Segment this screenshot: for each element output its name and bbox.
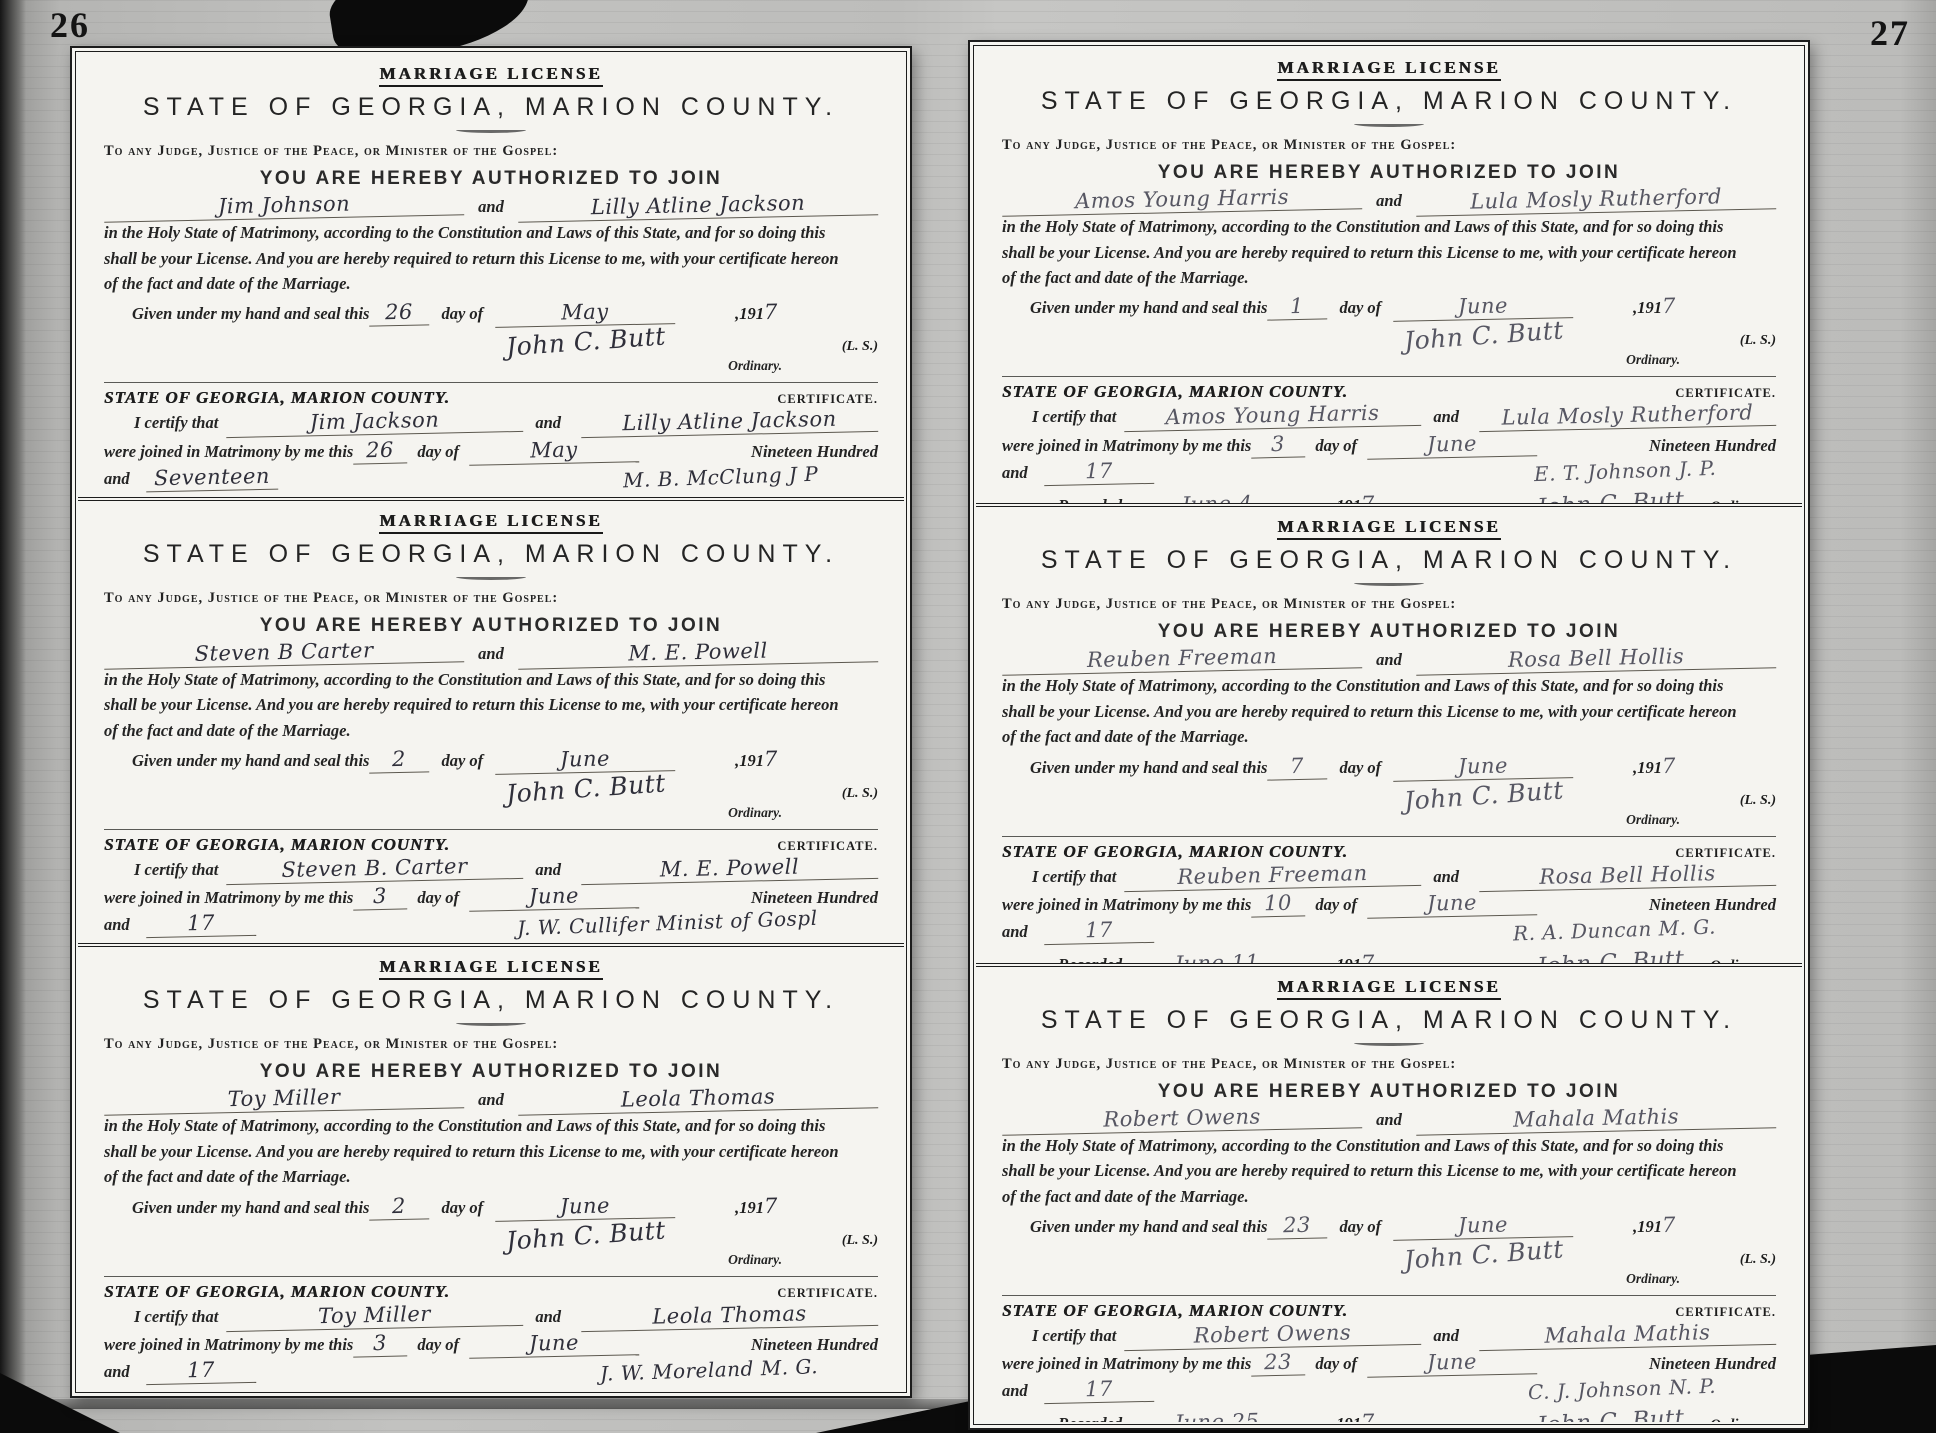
joined-in-matrimony-line: were joined in Matrimony by me this 26 d… (104, 439, 878, 464)
certify-line: I certify that Reuben Freeman and Rosa B… (1002, 864, 1776, 889)
printed-year-prefix: ,191 (735, 304, 764, 323)
year-suffix-entry: 17 (145, 911, 256, 938)
form-title: MARRIAGE LICENSE (1277, 977, 1500, 1000)
groom-name-entry: Steven B Carter (104, 637, 465, 670)
certified-bride-entry: Lula Mosly Rutherford (1479, 401, 1776, 432)
ordinary-title-label: Ordinary. (104, 1252, 878, 1268)
nineteen-hundred-label: Nineteen Hundred (751, 1335, 878, 1355)
certificate-label: CERTIFICATE. (1675, 846, 1776, 861)
certified-bride-entry: Lilly Atline Jackson (581, 407, 878, 438)
given-prefix-label: Given under my hand and seal this (132, 751, 369, 771)
parties-line: Robert Owens and Mahala Mathis (1002, 1107, 1776, 1132)
given-prefix-label: Given under my hand and seal this (132, 1198, 369, 1218)
certificate-section: STATE OF GEORGIA, MARION COUNTY. CERTIFI… (1002, 836, 1776, 963)
recorded-label: Recorded (1058, 496, 1122, 504)
parties-line: Amos Young Harris and Lula Mosly Rutherf… (1002, 188, 1776, 213)
joined-in-matrimony-line: were joined in Matrimony by me this 23 d… (1002, 1351, 1776, 1376)
joined-month-entry: May (469, 437, 639, 466)
locus-sigilli-label: (L. S.) (1740, 333, 1776, 349)
given-year-digit-entry: 7 (1662, 295, 1676, 318)
ordinary-signature-line: John C. Butt (L. S.) (104, 328, 878, 362)
certify-prefix-label: I certify that (1032, 867, 1116, 887)
bride-name-entry: M. E. Powell (518, 637, 879, 670)
recorded-line: Recorded June 11 ,1917 John C. Butt , Or… (1002, 951, 1776, 963)
page-number-26: 26 (50, 4, 90, 46)
flourish-rule (456, 127, 526, 133)
year-suffix-line: and 17 J. W. Moreland M. G. (104, 1359, 878, 1389)
bride-name-entry: Lula Mosly Rutherford (1416, 184, 1777, 217)
year-suffix-line: and 17 J. W. Cullifer Minist of Gospl (104, 912, 878, 942)
certificate-state-heading: STATE OF GEORGIA, MARION COUNTY. (104, 1282, 450, 1302)
ordinary-signature-line: John C. Butt (L. S.) (1002, 782, 1776, 816)
authorization-heading: YOU ARE HEREBY AUTHORIZED TO JOIN (1002, 162, 1776, 184)
year-suffix-entry: Seventeen (145, 464, 277, 492)
officiant-signature-entry: M. B. McClung J P (622, 462, 818, 491)
given-year-digit-entry: 7 (764, 1195, 778, 1218)
year-suffix-line: and 17 C. J. Johnson N. P. (1002, 1378, 1776, 1408)
ordinary-signature-entry: John C. Butt (1404, 1236, 1565, 1275)
recorded-label: Recorded (1058, 1414, 1122, 1422)
certificate-state-heading: STATE OF GEORGIA, MARION COUNTY. (1002, 1301, 1348, 1321)
license-body-line-2: shall be your License. And you are hereb… (104, 693, 878, 716)
joined-day-entry: 26 (353, 438, 408, 464)
joined-prefix-label: were joined in Matrimony by me this (1002, 895, 1251, 915)
certificate-label: CERTIFICATE. (1675, 386, 1776, 401)
year-suffix-line: and 17 R. A. Duncan M. G. (1002, 919, 1776, 949)
groom-name-entry: Jim Johnson (104, 190, 465, 223)
license-body-line-1: in the Holy State of Matrimony, accordin… (104, 1114, 878, 1137)
license-body-line-1: in the Holy State of Matrimony, accordin… (1002, 1134, 1776, 1157)
printed-year-prefix: ,191 (735, 751, 764, 770)
ordinary-signature-line: John C. Butt (L. S.) (104, 775, 878, 809)
certify-line: I certify that Jim Jackson and Lilly Atl… (104, 410, 878, 435)
ordinary-signature-entry: John C. Butt (506, 323, 667, 362)
joined-prefix-label: were joined in Matrimony by me this (1002, 1354, 1251, 1374)
scanned-register-spread: 26 27 MARRIAGE LICENSE STATE OF GEORGIA,… (0, 0, 1936, 1433)
given-day-entry: 1 (1267, 295, 1328, 321)
certified-bride-entry: M. E. Powell (581, 854, 878, 885)
locus-sigilli-label: (L. S.) (842, 339, 878, 355)
joined-day-entry: 3 (1251, 432, 1306, 458)
ordinary-signature-entry: John C. Butt (506, 770, 667, 809)
page-number-27: 27 (1870, 12, 1910, 54)
parties-line: Jim Johnson and Lilly Atline Jackson (104, 194, 878, 219)
officiant-signature-entry: E. T. Johnson J. P. (1533, 456, 1716, 484)
recorded-date-entry: June 11 (1132, 950, 1302, 962)
locus-sigilli-label: (L. S.) (842, 1233, 878, 1249)
certified-groom-entry: Reuben Freeman (1124, 861, 1421, 892)
joined-prefix-label: were joined in Matrimony by me this (104, 888, 353, 908)
parties-line: Toy Miller and Leola Thomas (104, 1087, 878, 1112)
joined-day-of-label: day of (417, 442, 459, 462)
joined-prefix-label: were joined in Matrimony by me this (1002, 436, 1251, 456)
certificate-and-label: and (535, 413, 561, 433)
state-county-heading: STATE OF GEORGIA, MARION COUNTY. (104, 540, 878, 569)
certified-groom-entry: Toy Miller (226, 1301, 523, 1332)
and-label: and (478, 644, 504, 664)
recorded-year-digit-entry: 7 (1361, 1411, 1375, 1422)
license-body-line-2: shall be your License. And you are hereb… (104, 1140, 878, 1163)
license-body-line-1: in the Holy State of Matrimony, accordin… (104, 668, 878, 691)
joined-day-of-label: day of (1315, 895, 1357, 915)
locus-sigilli-label: (L. S.) (1740, 1252, 1776, 1268)
joined-in-matrimony-line: were joined in Matrimony by me this 3 da… (1002, 433, 1776, 458)
recorded-year-prefix: ,191 (1332, 955, 1361, 963)
state-county-heading: STATE OF GEORGIA, MARION COUNTY. (1002, 87, 1776, 116)
given-day-entry: 2 (369, 1194, 430, 1220)
certificate-state-heading: STATE OF GEORGIA, MARION COUNTY. (104, 388, 450, 408)
year-suffix-entry: 17 (1043, 458, 1154, 485)
flourish-rule (1354, 580, 1424, 586)
certificate-state-heading: STATE OF GEORGIA, MARION COUNTY. (104, 835, 450, 855)
certificate-and-label: and (535, 1307, 561, 1327)
joined-in-matrimony-line: were joined in Matrimony by me this 3 da… (104, 885, 878, 910)
officiant-signature-entry: J. W. Moreland M. G. (600, 1355, 819, 1385)
marriage-license-form: MARRIAGE LICENSE STATE OF GEORGIA, MARIO… (976, 963, 1802, 1422)
joined-prefix-label: were joined in Matrimony by me this (104, 442, 353, 462)
certified-groom-entry: Amos Young Harris (1124, 401, 1421, 432)
authorization-heading: YOU ARE HEREBY AUTHORIZED TO JOIN (104, 168, 878, 190)
scan-artifact-left-edge (0, 0, 26, 1433)
given-day-entry: 2 (369, 747, 430, 773)
joined-day-entry: 3 (353, 1331, 408, 1357)
day-of-label: day of (441, 1198, 483, 1218)
parties-line: Reuben Freeman and Rosa Bell Hollis (1002, 647, 1776, 672)
marriage-license-form: MARRIAGE LICENSE STATE OF GEORGIA, MARIO… (78, 943, 904, 1390)
recorded-date-entry: June 4 (1132, 491, 1302, 503)
joined-month-entry: June (1367, 1349, 1537, 1378)
joined-day-entry: 3 (353, 885, 408, 911)
given-year-digit-entry: 7 (1662, 755, 1676, 778)
ordinary-signature-entry: John C. Butt (506, 1216, 667, 1255)
and-word-label: and (104, 915, 130, 935)
certificate-label: CERTIFICATE. (777, 392, 878, 407)
salutation-line: To any Judge, Justice of the Peace, or M… (104, 1036, 878, 1053)
license-body-line-3: of the fact and date of the Marriage. (1002, 266, 1776, 289)
ordinary-title-label: Ordinary. (1002, 812, 1776, 828)
certificate-and-label: and (1433, 1326, 1459, 1346)
salutation-line: To any Judge, Justice of the Peace, or M… (1002, 1056, 1776, 1073)
nineteen-hundred-label: Nineteen Hundred (1649, 895, 1776, 915)
and-word-label: and (1002, 1381, 1028, 1401)
certified-bride-entry: Mahala Mathis (1479, 1320, 1776, 1351)
certify-prefix-label: I certify that (1032, 1326, 1116, 1346)
state-county-heading: STATE OF GEORGIA, MARION COUNTY. (104, 986, 878, 1015)
authorization-heading: YOU ARE HEREBY AUTHORIZED TO JOIN (104, 615, 878, 637)
given-under-hand-line: Given under my hand and seal this 7 day … (1002, 755, 1776, 780)
given-under-hand-line: Given under my hand and seal this 23 day… (1002, 1214, 1776, 1239)
nineteen-hundred-label: Nineteen Hundred (1649, 1354, 1776, 1374)
license-body-line-1: in the Holy State of Matrimony, accordin… (1002, 215, 1776, 238)
certify-line: I certify that Toy Miller and Leola Thom… (104, 1304, 878, 1329)
nineteen-hundred-label: Nineteen Hundred (1649, 436, 1776, 456)
salutation-line: To any Judge, Justice of the Peace, or M… (104, 590, 878, 607)
license-body-line-3: of the fact and date of the Marriage. (1002, 1185, 1776, 1208)
and-label: and (478, 1090, 504, 1110)
joined-month-entry: June (1367, 431, 1537, 460)
salutation-line: To any Judge, Justice of the Peace, or M… (104, 143, 878, 160)
groom-name-entry: Robert Owens (1002, 1103, 1363, 1136)
state-county-heading: STATE OF GEORGIA, MARION COUNTY. (1002, 546, 1776, 575)
recorded-ordinary-signature-entry: John C. Butt (1536, 488, 1685, 504)
certificate-state-heading: STATE OF GEORGIA, MARION COUNTY. (1002, 842, 1348, 862)
certified-bride-entry: Leola Thomas (581, 1301, 878, 1332)
flourish-rule (1354, 121, 1424, 127)
and-label: and (1376, 1110, 1402, 1130)
ordinary-signature-line: John C. Butt (L. S.) (1002, 1241, 1776, 1275)
certified-groom-entry: Jim Jackson (226, 407, 523, 438)
printed-year-prefix: ,191 (1633, 758, 1662, 777)
recorded-year-digit-entry: 7 (1361, 492, 1375, 503)
certificate-section: STATE OF GEORGIA, MARION COUNTY. CERTIFI… (104, 1276, 878, 1390)
ordinary-signature-line: John C. Butt (L. S.) (104, 1222, 878, 1256)
flourish-rule (456, 574, 526, 580)
form-title: MARRIAGE LICENSE (379, 957, 602, 980)
groom-name-entry: Amos Young Harris (1002, 184, 1363, 217)
form-title: MARRIAGE LICENSE (1277, 58, 1500, 81)
given-prefix-label: Given under my hand and seal this (1030, 1217, 1267, 1237)
printed-year-prefix: ,191 (735, 1198, 764, 1217)
and-word-label: and (104, 1362, 130, 1382)
ordinary-title-label: Ordinary. (1002, 352, 1776, 368)
given-day-entry: 26 (369, 301, 430, 327)
certificate-section: STATE OF GEORGIA, MARION COUNTY. CERTIFI… (104, 829, 878, 943)
year-suffix-entry: 17 (1043, 1377, 1154, 1404)
given-day-entry: 23 (1267, 1213, 1328, 1239)
flourish-rule (456, 1020, 526, 1026)
certified-groom-entry: Steven B. Carter (226, 854, 523, 885)
given-year-digit-entry: 7 (764, 748, 778, 771)
authorization-heading: YOU ARE HEREBY AUTHORIZED TO JOIN (1002, 621, 1776, 643)
certificate-section: STATE OF GEORGIA, MARION COUNTY. CERTIFI… (104, 382, 878, 496)
recorded-year-prefix: ,191 (1332, 496, 1361, 504)
day-of-label: day of (1339, 298, 1381, 318)
salutation-line: To any Judge, Justice of the Peace, or M… (1002, 137, 1776, 154)
year-suffix-entry: 17 (1043, 918, 1154, 945)
officiant-signature-entry: R. A. Duncan M. G. (1513, 915, 1717, 944)
joined-day-of-label: day of (417, 1335, 459, 1355)
authorization-heading: YOU ARE HEREBY AUTHORIZED TO JOIN (1002, 1081, 1776, 1103)
year-suffix-entry: 17 (145, 1358, 256, 1385)
license-body-line-2: shall be your License. And you are hereb… (104, 247, 878, 270)
joined-prefix-label: were joined in Matrimony by me this (104, 1335, 353, 1355)
joined-month-entry: June (469, 883, 639, 912)
bride-name-entry: Leola Thomas (518, 1084, 879, 1117)
recorded-line: Recorded June 25 ,1917 John C. Butt , Or… (1002, 1410, 1776, 1422)
recorded-ordinary-signature-entry: John C. Butt (1536, 947, 1685, 963)
book-pages: MARRIAGE LICENSE STATE OF GEORGIA, MARIO… (70, 46, 1810, 1430)
year-suffix-line: and Seventeen M. B. McClung J P (104, 466, 878, 496)
officiant-signature-entry: C. J. Johnson N. P. (1528, 1375, 1717, 1404)
joined-month-entry: June (1367, 890, 1537, 919)
certify-prefix-label: I certify that (134, 1307, 218, 1327)
given-under-hand-line: Given under my hand and seal this 2 day … (104, 1195, 878, 1220)
certificate-label: CERTIFICATE. (777, 1286, 878, 1301)
license-body-line-3: of the fact and date of the Marriage. (104, 719, 878, 742)
joined-day-entry: 10 (1251, 891, 1306, 917)
locus-sigilli-label: (L. S.) (1740, 793, 1776, 809)
given-prefix-label: Given under my hand and seal this (132, 304, 369, 324)
recorded-label: Recorded (1058, 955, 1122, 963)
marriage-license-form: MARRIAGE LICENSE STATE OF GEORGIA, MARIO… (78, 54, 904, 497)
marriage-license-form: MARRIAGE LICENSE STATE OF GEORGIA, MARIO… (976, 48, 1802, 503)
officiant-signature-entry: J. W. Cullifer Minist of Gospl (517, 907, 818, 939)
day-of-label: day of (1339, 1217, 1381, 1237)
and-word-label: and (1002, 463, 1028, 483)
bride-name-entry: Lilly Atline Jackson (518, 190, 879, 223)
certificate-label: CERTIFICATE. (1675, 1305, 1776, 1320)
ordinary-signature-entry: John C. Butt (1404, 317, 1565, 356)
given-under-hand-line: Given under my hand and seal this 26 day… (104, 301, 878, 326)
recorded-line: Recorded June 4 ,1917 John C. Butt , Ord… (1002, 492, 1776, 504)
certificate-and-label: and (1433, 407, 1459, 427)
and-label: and (1376, 191, 1402, 211)
given-prefix-label: Given under my hand and seal this (1030, 758, 1267, 778)
recorded-year-digit-entry: 7 (1361, 952, 1375, 963)
ordinary-title-label: Ordinary. (1002, 1271, 1776, 1287)
and-label: and (1376, 650, 1402, 670)
joined-day-of-label: day of (1315, 1354, 1357, 1374)
license-body-line-3: of the fact and date of the Marriage. (104, 272, 878, 295)
given-year-digit-entry: 7 (764, 301, 778, 324)
given-day-entry: 7 (1267, 754, 1328, 780)
recorded-year-prefix: ,191 (1332, 1414, 1361, 1422)
license-body-line-3: of the fact and date of the Marriage. (1002, 725, 1776, 748)
certify-line: I certify that Amos Young Harris and Lul… (1002, 404, 1776, 429)
bride-name-entry: Rosa Bell Hollis (1416, 644, 1777, 677)
certify-prefix-label: I certify that (134, 413, 218, 433)
license-body-line-2: shall be your License. And you are hereb… (1002, 241, 1776, 264)
license-body-line-2: shall be your License. And you are hereb… (1002, 700, 1776, 723)
parties-line: Steven B Carter and M. E. Powell (104, 641, 878, 666)
page-27: MARRIAGE LICENSE STATE OF GEORGIA, MARIO… (968, 40, 1810, 1430)
marriage-license-form: MARRIAGE LICENSE STATE OF GEORGIA, MARIO… (78, 497, 904, 944)
certificate-and-label: and (535, 860, 561, 880)
joined-month-entry: June (469, 1330, 639, 1359)
license-body-line-2: shall be your License. And you are hereb… (1002, 1159, 1776, 1182)
ordinary-title-label: Ordinary. (104, 358, 878, 374)
joined-day-of-label: day of (417, 888, 459, 908)
salutation-line: To any Judge, Justice of the Peace, or M… (1002, 596, 1776, 613)
groom-name-entry: Toy Miller (104, 1084, 465, 1117)
license-body-line-3: of the fact and date of the Marriage. (104, 1165, 878, 1188)
day-of-label: day of (441, 751, 483, 771)
ordinary-suffix-label: , Ordinary. (1703, 1417, 1770, 1422)
certify-line: I certify that Steven B. Carter and M. E… (104, 857, 878, 882)
day-of-label: day of (1339, 758, 1381, 778)
ordinary-signature-line: John C. Butt (L. S.) (1002, 322, 1776, 356)
joined-day-of-label: day of (1315, 436, 1357, 456)
authorization-heading: YOU ARE HEREBY AUTHORIZED TO JOIN (104, 1061, 878, 1083)
recorded-date-entry: June 25 (1132, 1410, 1302, 1422)
nineteen-hundred-label: Nineteen Hundred (751, 442, 878, 462)
joined-day-entry: 23 (1251, 1351, 1306, 1377)
form-title: MARRIAGE LICENSE (379, 64, 602, 87)
certify-prefix-label: I certify that (1032, 407, 1116, 427)
flourish-rule (1354, 1040, 1424, 1046)
license-body-line-1: in the Holy State of Matrimony, accordin… (104, 221, 878, 244)
state-county-heading: STATE OF GEORGIA, MARION COUNTY. (104, 93, 878, 122)
groom-name-entry: Reuben Freeman (1002, 644, 1363, 677)
and-word-label: and (1002, 922, 1028, 942)
given-under-hand-line: Given under my hand and seal this 1 day … (1002, 295, 1776, 320)
certified-bride-entry: Rosa Bell Hollis (1479, 861, 1776, 892)
and-word-label: and (104, 469, 130, 489)
state-county-heading: STATE OF GEORGIA, MARION COUNTY. (1002, 1006, 1776, 1035)
printed-year-prefix: ,191 (1633, 1217, 1662, 1236)
certificate-and-label: and (1433, 867, 1459, 887)
day-of-label: day of (441, 304, 483, 324)
certified-groom-entry: Robert Owens (1124, 1320, 1421, 1351)
certificate-state-heading: STATE OF GEORGIA, MARION COUNTY. (1002, 382, 1348, 402)
given-under-hand-line: Given under my hand and seal this 2 day … (104, 748, 878, 773)
given-prefix-label: Given under my hand and seal this (1030, 298, 1267, 318)
recorded-ordinary-signature-entry: John C. Butt (1536, 1406, 1685, 1422)
printed-year-prefix: ,191 (1633, 298, 1662, 317)
form-title: MARRIAGE LICENSE (379, 511, 602, 534)
locus-sigilli-label: (L. S.) (842, 786, 878, 802)
ordinary-title-label: Ordinary. (104, 805, 878, 821)
bride-name-entry: Mahala Mathis (1416, 1103, 1777, 1136)
ordinary-signature-entry: John C. Butt (1404, 776, 1565, 815)
certify-prefix-label: I certify that (134, 860, 218, 880)
certificate-label: CERTIFICATE. (777, 839, 878, 854)
page-26: MARRIAGE LICENSE STATE OF GEORGIA, MARIO… (70, 46, 912, 1398)
license-body-line-1: in the Holy State of Matrimony, accordin… (1002, 674, 1776, 697)
marriage-license-form: MARRIAGE LICENSE STATE OF GEORGIA, MARIO… (976, 503, 1802, 962)
given-year-digit-entry: 7 (1662, 1214, 1676, 1237)
and-label: and (478, 197, 504, 217)
certificate-section: STATE OF GEORGIA, MARION COUNTY. CERTIFI… (1002, 376, 1776, 503)
year-suffix-line: and 17 E. T. Johnson J. P. (1002, 460, 1776, 490)
joined-in-matrimony-line: were joined in Matrimony by me this 3 da… (104, 1332, 878, 1357)
certificate-section: STATE OF GEORGIA, MARION COUNTY. CERTIFI… (1002, 1295, 1776, 1422)
joined-in-matrimony-line: were joined in Matrimony by me this 10 d… (1002, 892, 1776, 917)
form-title: MARRIAGE LICENSE (1277, 517, 1500, 540)
certify-line: I certify that Robert Owens and Mahala M… (1002, 1323, 1776, 1348)
